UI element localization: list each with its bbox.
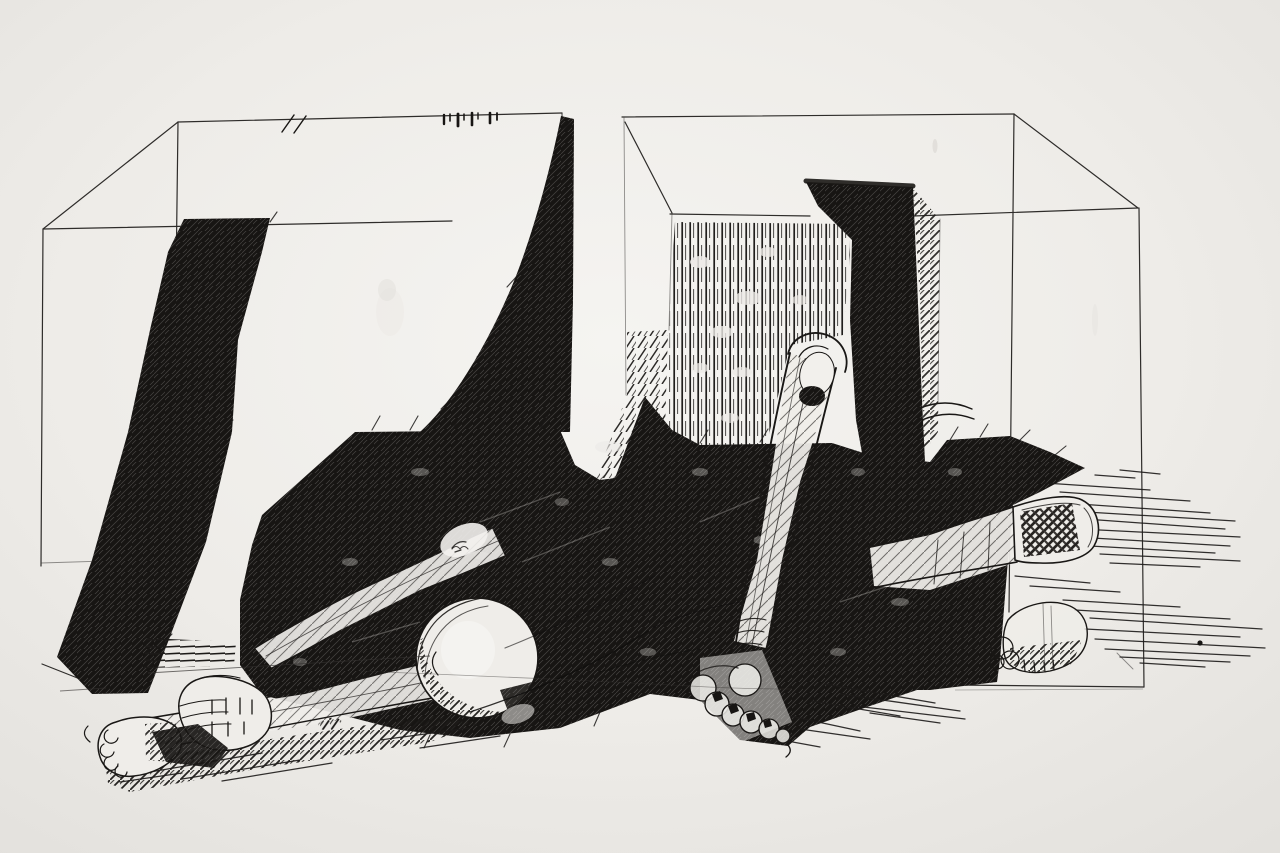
ink-drawing: Pen-and-ink cross-hatched drawing of a r…	[0, 0, 1280, 853]
artwork-canvas: Pen-and-ink cross-hatched drawing of a r…	[0, 0, 1280, 853]
head-highlight	[441, 621, 495, 679]
left-pillar-floor-strip	[144, 638, 236, 668]
knee-shadow-spot	[799, 386, 825, 406]
